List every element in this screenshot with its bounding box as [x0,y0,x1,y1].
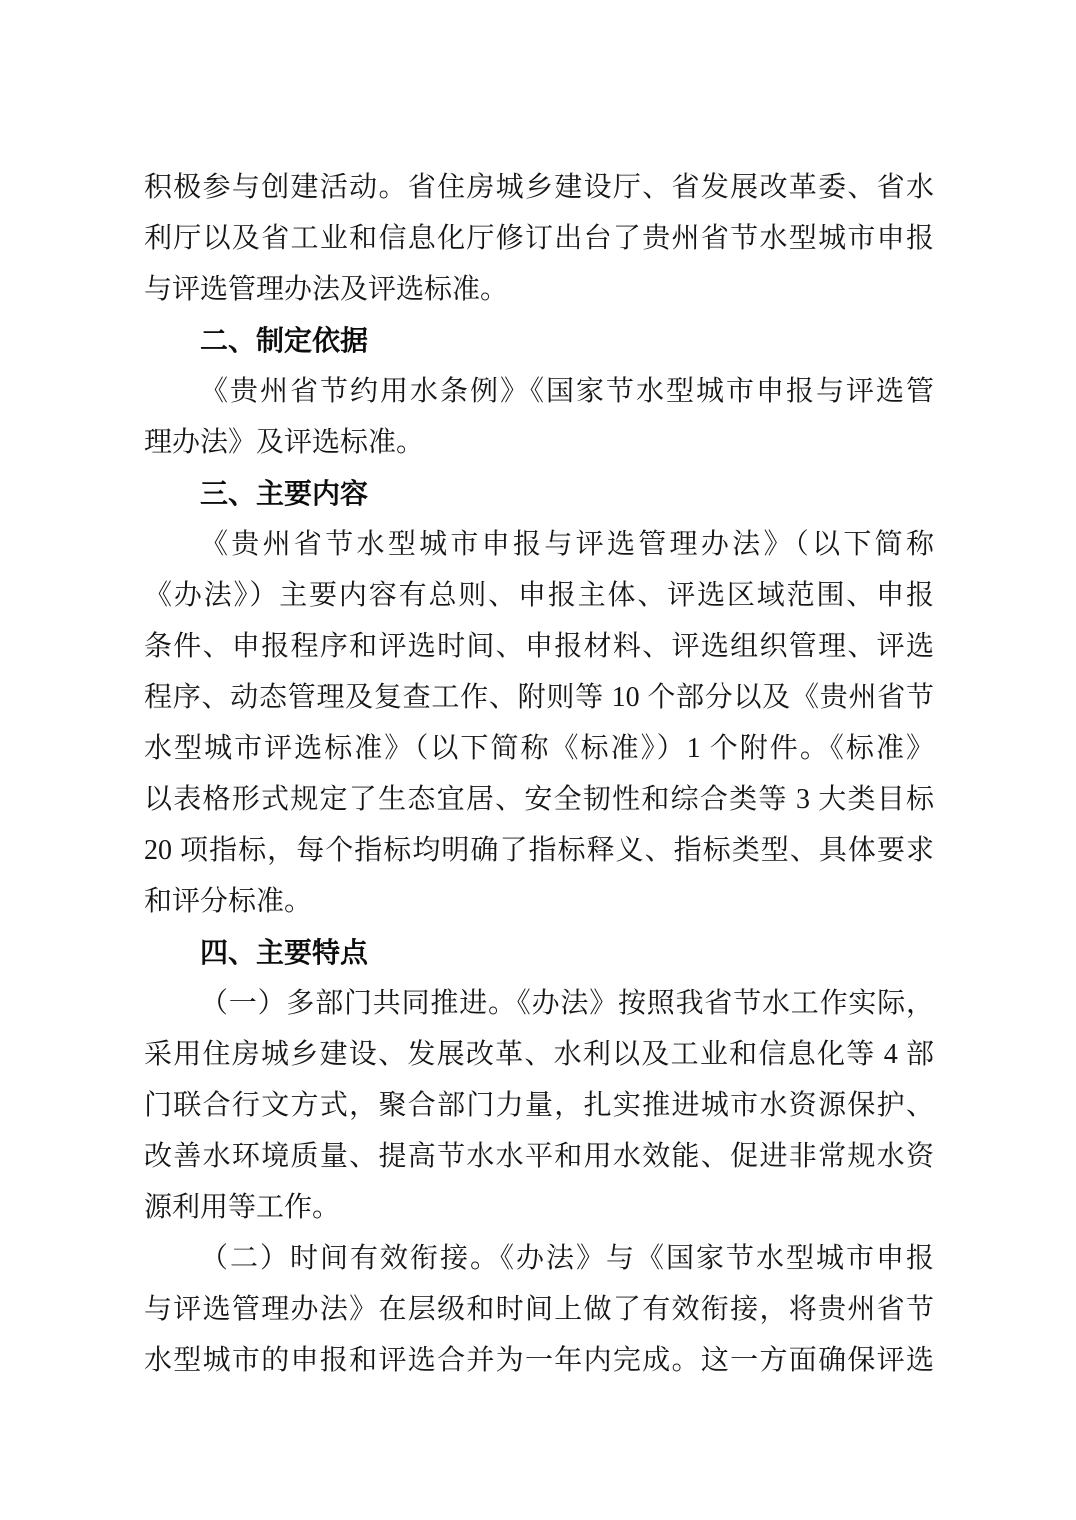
text-line: 《贵州省节水型城市申报与评选管理办法》（以下简称 [144,519,934,570]
text-line: 与评选管理办法》在层级和时间上做了有效衔接，将贵州省节 [144,1284,934,1335]
text-line: 源利用等工作。 [144,1182,934,1233]
text-line: 门联合行文方式，聚合部门力量，扎实推进城市水资源保护、 [144,1080,934,1131]
text-line: 与评选管理办法及评选标准。 [144,264,934,315]
text-line: 《办法》）主要内容有总则、申报主体、评选区域范围、申报 [144,570,934,621]
text-line: 积极参与创建活动。省住房城乡建设厅、省发展改革委、省水 [144,162,934,213]
text-line: 水型城市的申报和评选合并为一年内完成。这一方面确保评选 [144,1335,934,1386]
section-heading-4: 四、主要特点 [144,927,934,978]
text-line: （二）时间有效衔接。《办法》与《国家节水型城市申报 [144,1233,934,1284]
document-body: 积极参与创建活动。省住房城乡建设厅、省发展改革委、省水 利厅以及省工业和信息化厅… [144,162,934,1386]
section-heading-3: 三、主要内容 [144,468,934,519]
text-line: 理办法》及评选标准。 [144,417,934,468]
text-line: （一）多部门共同推进。《办法》按照我省节水工作实际， [144,978,934,1029]
text-line: 和评分标准。 [144,876,934,927]
text-line: 《贵州省节约用水条例》《国家节水型城市申报与评选管 [144,366,934,417]
text-line: 采用住房城乡建设、发展改革、水利以及工业和信息化等 4 部 [144,1029,934,1080]
text-line: 20 项指标，每个指标均明确了指标释义、指标类型、具体要求 [144,825,934,876]
document-page: 积极参与创建活动。省住房城乡建设厅、省发展改革委、省水 利厅以及省工业和信息化厅… [0,0,1076,1520]
text-line: 水型城市评选标准》（以下简称《标准》）1 个附件。《标准》 [144,723,934,774]
section-heading-2: 二、制定依据 [144,315,934,366]
text-line: 利厅以及省工业和信息化厅修订出台了贵州省节水型城市申报 [144,213,934,264]
text-line: 以表格形式规定了生态宜居、安全韧性和综合类等 3 大类目标 [144,774,934,825]
text-line: 程序、动态管理及复查工作、附则等 10 个部分以及《贵州省节 [144,672,934,723]
text-line: 条件、申报程序和评选时间、申报材料、评选组织管理、评选 [144,621,934,672]
text-line: 改善水环境质量、提高节水水平和用水效能、促进非常规水资 [144,1131,934,1182]
